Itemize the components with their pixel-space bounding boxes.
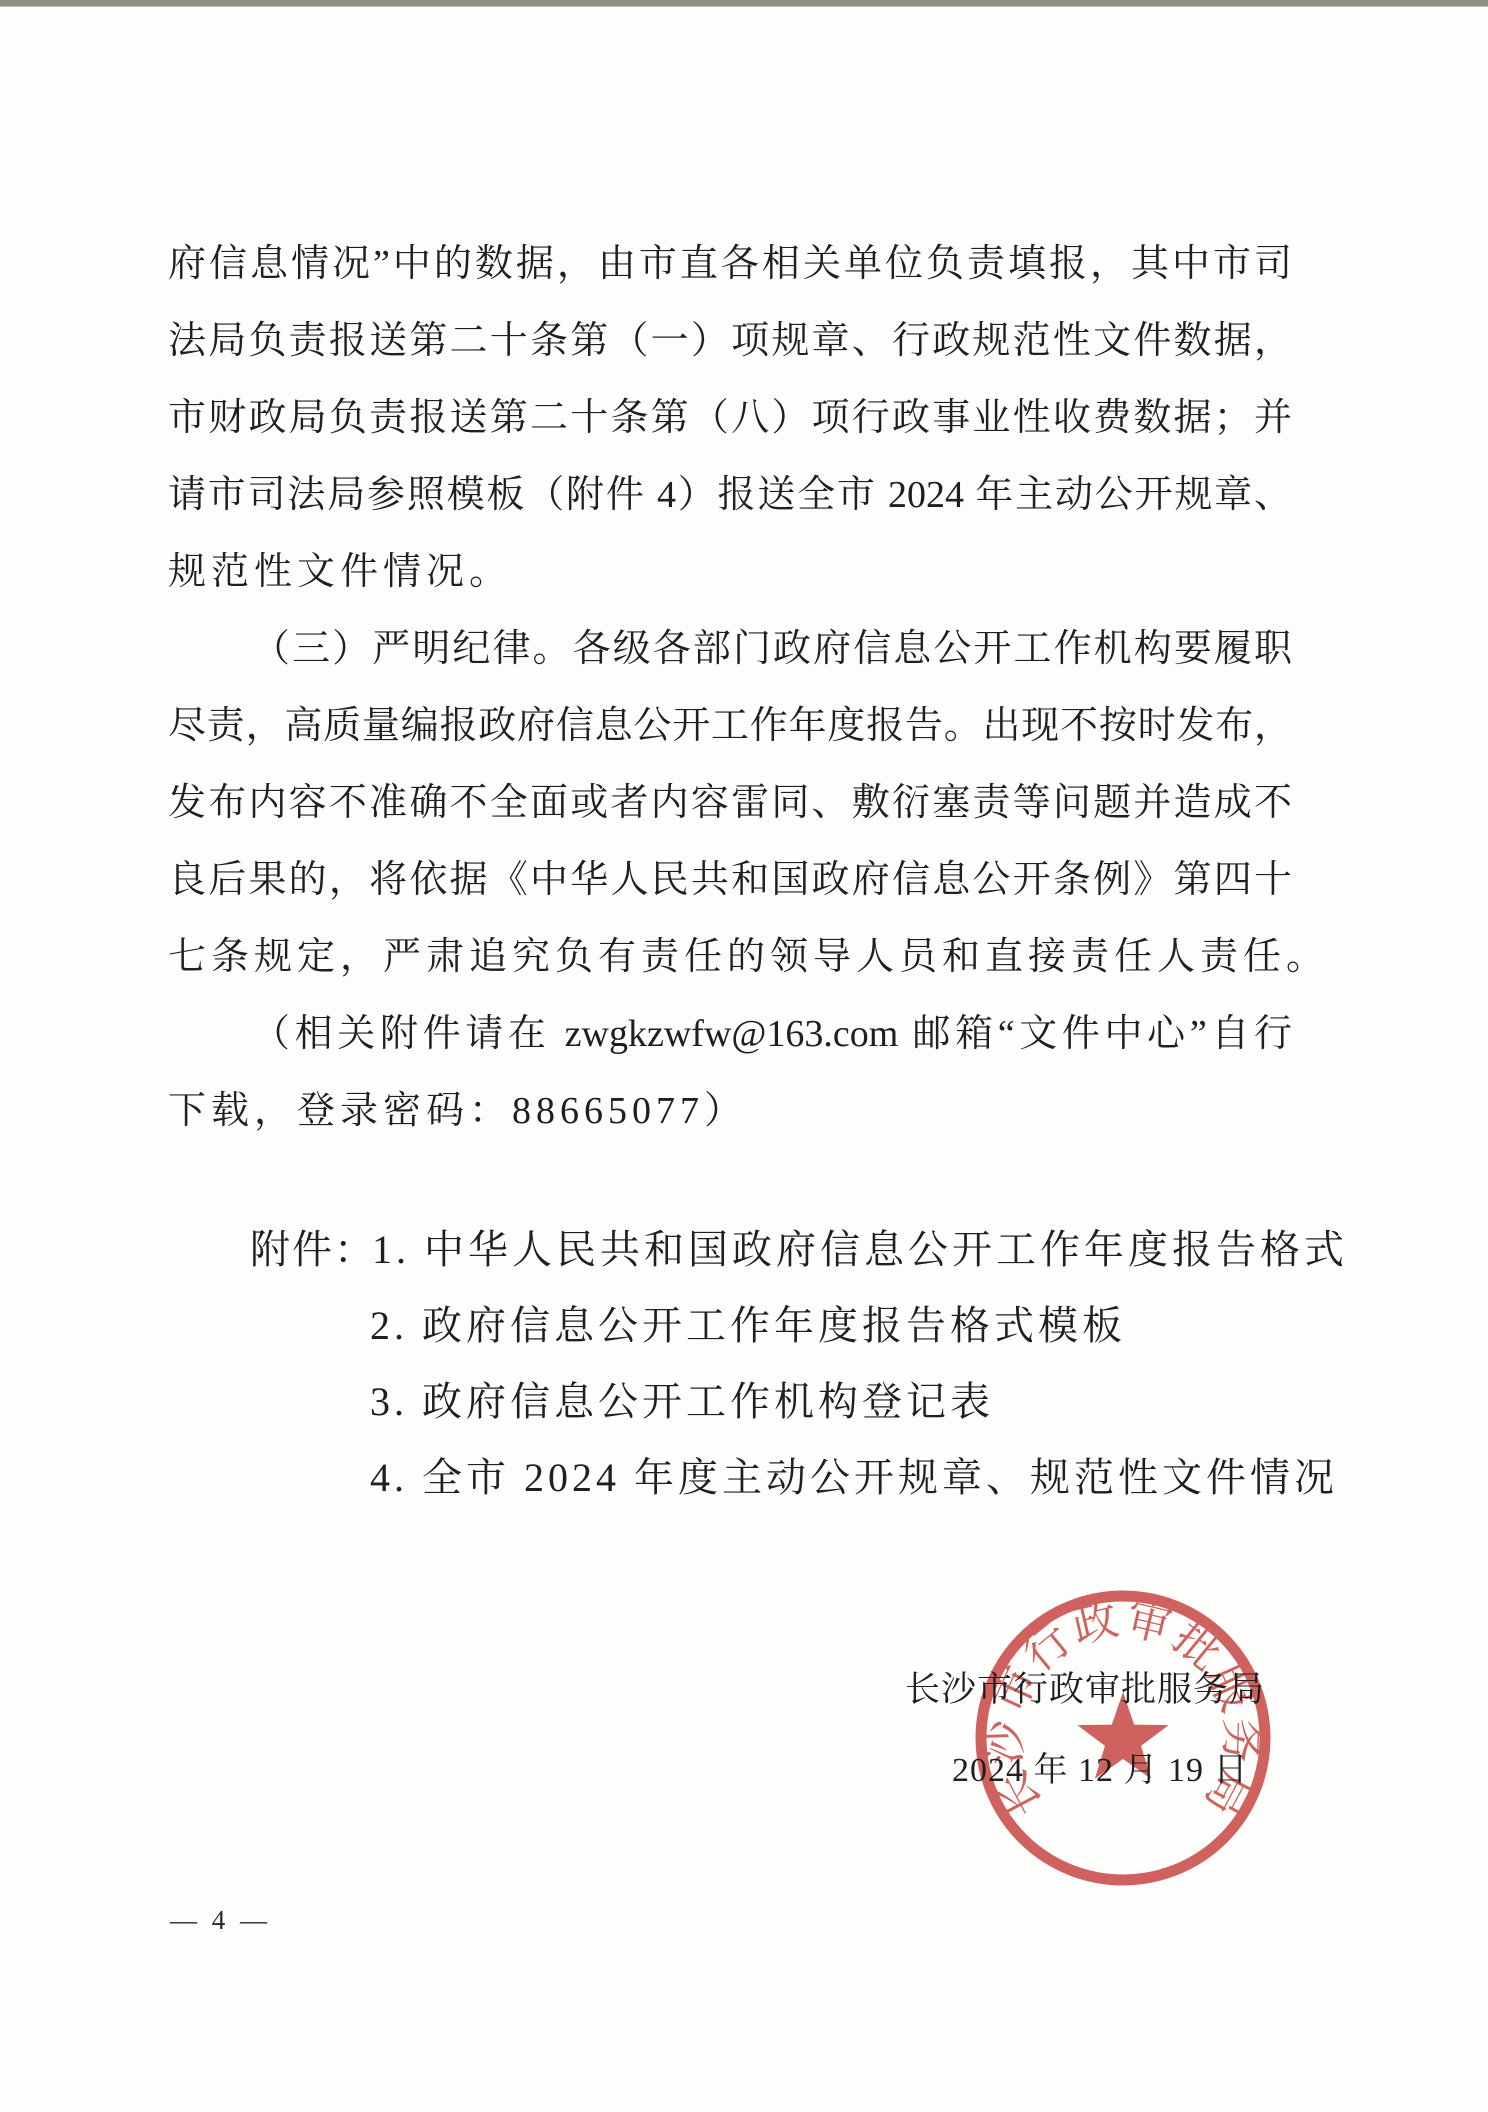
body-line: 请市司法局参照模板（附件 4）报送全市 2024 年主动公开规章、 xyxy=(168,471,1292,519)
scanned-document-page: 府信息情况”中的数据，由市直各相关单位负责填报，其中市司 法局负责报送第二十条第… xyxy=(0,0,1488,2112)
body-line: 市财政局负责报送第二十条第（八）项行政事业性收费数据；并 xyxy=(168,394,1292,442)
attachment-item: 1. 中华人民共和国政府信息公开工作年度报告格式 xyxy=(372,1227,1348,1272)
signature-org: 长沙市行政审批服务局 xyxy=(905,1662,1265,1712)
attachments-label: 附件： xyxy=(250,1225,372,1275)
official-seal: 长沙市行政审批服务局 xyxy=(973,1588,1273,1888)
attachment-item: 4. 全市 2024 年度主动公开规章、规范性文件情况 xyxy=(370,1453,1338,1503)
body-line: 规范性文件情况。 xyxy=(168,548,1292,596)
signature-date: 2024 年 12 月 19 日 xyxy=(952,1742,1249,1791)
page-number: — 4 — xyxy=(170,1905,271,1936)
body-line: 发布内容不准确不全面或者内容雷同、敷衍塞责等问题并造成不 xyxy=(168,779,1292,827)
scan-edge-artifact xyxy=(0,0,1488,6)
attachment-line: 附件：1. 中华人民共和国政府信息公开工作年度报告格式 xyxy=(250,1225,1348,1275)
body-line: 尽责，高质量编报政府信息公开工作年度报告。出现不按时发布， xyxy=(168,702,1292,750)
body-line: 府信息情况”中的数据，由市直各相关单位负责填报，其中市司 xyxy=(168,240,1292,288)
body-line: （三）严明纪律。各级各部门政府信息公开工作机构要履职 xyxy=(252,625,1292,673)
body-line: 下载，登录密码：88665077） xyxy=(168,1087,1292,1135)
attachment-item: 2. 政府信息公开工作年度报告格式模板 xyxy=(370,1301,1126,1351)
body-line: 良后果的，将依据《中华人民共和国政府信息公开条例》第四十 xyxy=(168,856,1292,904)
body-line: 七条规定，严肃追究负有责任的领导人员和直接责任人责任。 xyxy=(168,933,1292,981)
attachment-item: 3. 政府信息公开工作机构登记表 xyxy=(370,1377,994,1427)
body-line: （相关附件请在 zwgkzwfw@163.com 邮箱“文件中心”自行 xyxy=(252,1010,1292,1058)
body-line: 法局负责报送第二十条第（一）项规章、行政规范性文件数据， xyxy=(168,317,1292,365)
